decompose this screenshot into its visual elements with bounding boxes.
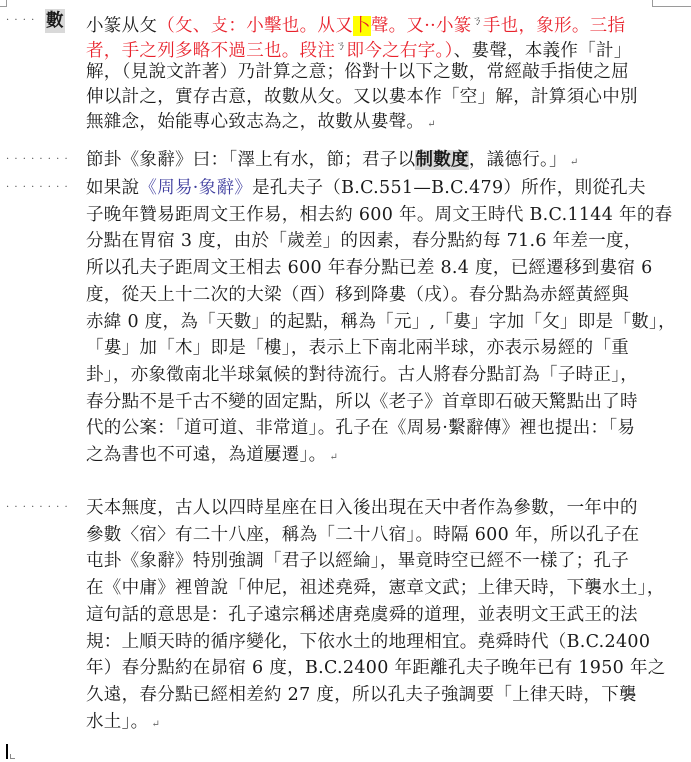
text-run: 之為書也不可遠，為道屢遷」。: [86, 445, 326, 465]
paragraph-line[interactable]: 解，（見說文許著）乃計算之意；俗對十以下之數，常經敲手指使之屈: [86, 58, 629, 86]
text-run: 久遠，春分點已經相差約 27 度，所以孔夫子強調要「上律天時，下襲: [86, 685, 637, 705]
text-run: 年）春分點約在昴宿 6 度，B.C.2400 年距離孔夫子晚年已有 1950 年…: [86, 658, 666, 678]
paragraph-line[interactable]: 屯卦《象辭》特別強調「君子以經綸」，畢竟時空已經不一樣了；孔子: [86, 547, 629, 575]
text-run: 參數〈宿〉有二十八座，稱為「二十八宿」。時隔 600 年，所以孔子在: [86, 525, 639, 545]
paragraph-line[interactable]: 伸以計之，實存古意，故數从攵。又以婁本作「空」解，計算須心中別: [86, 83, 638, 111]
paragraph-line[interactable]: 春分點不是千古不變的固定點，所以《老子》首章即石破天驚點出了時: [86, 388, 638, 416]
text-run: 無雜念，始能專心致志為之，故數从婁聲。: [86, 112, 424, 132]
text-run: ㄋ: [472, 14, 483, 27]
text-run: 節卦《象辭》曰：「澤上有水，節；君子以: [86, 150, 415, 170]
paragraph-line[interactable]: 卦」，亦象徵南北半球氣候的對待流行。古人將春分點訂為「子時正」，: [86, 361, 638, 389]
text-run: 天本無度，古人以四時星座在日入後出現在天中者作為參數，一年中的: [86, 498, 638, 518]
paragraph-line[interactable]: 小篆从攵（攵、攴：小擊也。从又卜聲。又··小篆ㄋ手也，象形。三指: [86, 7, 625, 35]
paragraph-mark-icon: ↵: [151, 719, 160, 730]
text-run: 是孔夫子（B.C.551—B.C.479）所作，則從孔夫: [252, 178, 646, 198]
paragraph-mark-icon: ↵: [329, 452, 338, 463]
leader-dots: · · · ·: [6, 7, 35, 35]
text-cursor: [6, 744, 8, 759]
paragraph-line[interactable]: 分點在胃宿 3 度，由於「歲差」的因素，春分點約每 71.6 年差一度，: [86, 227, 642, 255]
leader-dots: · · · · · · · ·: [6, 494, 69, 522]
text-run: 「婁」加「木」即是「樓」，表示上下南北兩半球，亦表示易經的「重: [86, 338, 629, 358]
text-run: 屯卦《象辭》特別強調「君子以經綸」，畢竟時空已經不一樣了；孔子: [86, 551, 629, 571]
paragraph-line[interactable]: 參數〈宿〉有二十八座，稱為「二十八宿」。時隔 600 年，所以孔子在: [86, 521, 639, 549]
heading-char[interactable]: 數: [45, 9, 65, 33]
text-run: 春分點不是千古不變的固定點，所以《老子》首章即石破天驚點出了時: [86, 392, 638, 412]
leader-dots: · · · · · · · ·: [6, 174, 69, 202]
leader-dots: · · · · · · · ·: [6, 146, 69, 174]
paragraph-line[interactable]: 天本無度，古人以四時星座在日入後出現在天中者作為參數，一年中的: [86, 494, 638, 522]
paragraph-line[interactable]: 節卦《象辭》曰：「澤上有水，節；君子以制數度，議德行。」↵: [86, 146, 579, 174]
text-run: 所以孔夫子距周文王相去 600 年春分點已差 8.4 度，已經遷移到婁宿 6: [86, 258, 653, 278]
paragraph-line[interactable]: 者，手之列多略不過三也。段注ㄋ即今之右字。）、婁聲，本義作「計」: [86, 32, 632, 60]
text-run: 《周易·象辭》: [139, 178, 252, 198]
paragraph-line[interactable]: 久遠，春分點已經相差約 27 度，所以孔夫子強調要「上律天時，下襲: [86, 681, 637, 709]
text-run: ，議德行。」: [469, 150, 567, 170]
text-run: 子晚年贊易距周文王作易，相去約 600 年。周文王時代 B.C.1144 年的春: [86, 205, 672, 225]
paragraph-end-mark: [10, 754, 15, 759]
paragraph-line[interactable]: 之為書也不可遠，為道屢遷」。↵: [86, 441, 338, 469]
paragraph-line[interactable]: 所以孔夫子距周文王相去 600 年春分點已差 8.4 度，已經遷移到婁宿 6: [86, 254, 653, 282]
text-run: 水土」。: [86, 712, 148, 732]
text-run: 制數度: [415, 150, 468, 170]
paragraph-line[interactable]: 這句話的意思是：孔子遠宗稱述唐堯虞舜的道理，並表明文王武王的法: [86, 601, 638, 629]
text-run: 代的公案：「道可道、非常道」。孔子在《周易·繫辭傳》裡也提出：「易: [86, 418, 635, 438]
text-run: 如果說: [86, 178, 139, 198]
paragraph-line[interactable]: 代的公案：「道可道、非常道」。孔子在《周易·繫辭傳》裡也提出：「易: [86, 414, 635, 442]
text-run: 分點在胃宿 3 度，由於「歲差」的因素，春分點約每 71.6 年差一度，: [86, 231, 642, 251]
paragraph-line[interactable]: 度，從天上十二次的大梁（酉）移到降婁（戌）。春分點為赤經黃經與: [86, 281, 629, 309]
text-run: 伸以計之，實存古意，故數从攵。又以婁本作「空」解，計算須心中別: [86, 87, 638, 107]
paragraph-line[interactable]: 如果說《周易·象辭》是孔夫子（B.C.551—B.C.479）所作，則從孔夫: [86, 174, 646, 202]
paragraph-line[interactable]: 年）春分點約在昴宿 6 度，B.C.2400 年距離孔夫子晚年已有 1950 年…: [86, 654, 666, 682]
text-run: ㄋ: [335, 39, 346, 52]
paragraph-line[interactable]: 規：上順天時的循序變化，下依水土的地理相宜。堯舜時代（B.C.2400: [86, 628, 650, 656]
paragraph-mark-icon: ↵: [570, 157, 579, 168]
text-run: 度，從天上十二次的大梁（酉）移到降婁（戌）。春分點為赤經黃經與: [86, 285, 629, 305]
paragraph-line[interactable]: 赤緯 0 度，為「天數」的起點，稱為「元」,「婁」字加「攵」即是「數」，: [86, 308, 676, 336]
text-run: 赤緯 0 度，為「天數」的起點，稱為「元」,「婁」字加「攵」即是「數」，: [86, 312, 676, 332]
text-run: 解，（見說文許著）乃計算之意；俗對十以下之數，常經敲手指使之屈: [86, 62, 629, 82]
page-corner-mark: [0, 0, 7, 7]
page-corner-mark: [652, 0, 691, 7]
text-run: 在《中庸》裡曾說「仲尼，祖述堯舜，憲章文武；上律天時，下襲水土」，: [86, 578, 665, 598]
text-run: 規：上順天時的循序變化，下依水土的地理相宜。堯舜時代（B.C.2400: [86, 632, 650, 652]
paragraph-line[interactable]: 「婁」加「木」即是「樓」，表示上下南北兩半球，亦表示易經的「重: [86, 334, 629, 362]
paragraph-line[interactable]: 無雜念，始能專心致志為之，故數从婁聲。↵: [86, 108, 436, 136]
text-run: 卦」，亦象徵南北半球氣候的對待流行。古人將春分點訂為「子時正」，: [86, 365, 638, 385]
paragraph-line[interactable]: 水土」。↵: [86, 708, 160, 736]
paragraph-line[interactable]: 在《中庸》裡曾說「仲尼，祖述堯舜，憲章文武；上律天時，下襲水土」，: [86, 574, 665, 602]
text-run: 這句話的意思是：孔子遠宗稱述唐堯虞舜的道理，並表明文王武王的法: [86, 605, 638, 625]
paragraph-line[interactable]: 子晚年贊易距周文王作易，相去約 600 年。周文王時代 B.C.1144 年的春: [86, 201, 672, 229]
paragraph-mark-icon: ↵: [427, 119, 436, 130]
